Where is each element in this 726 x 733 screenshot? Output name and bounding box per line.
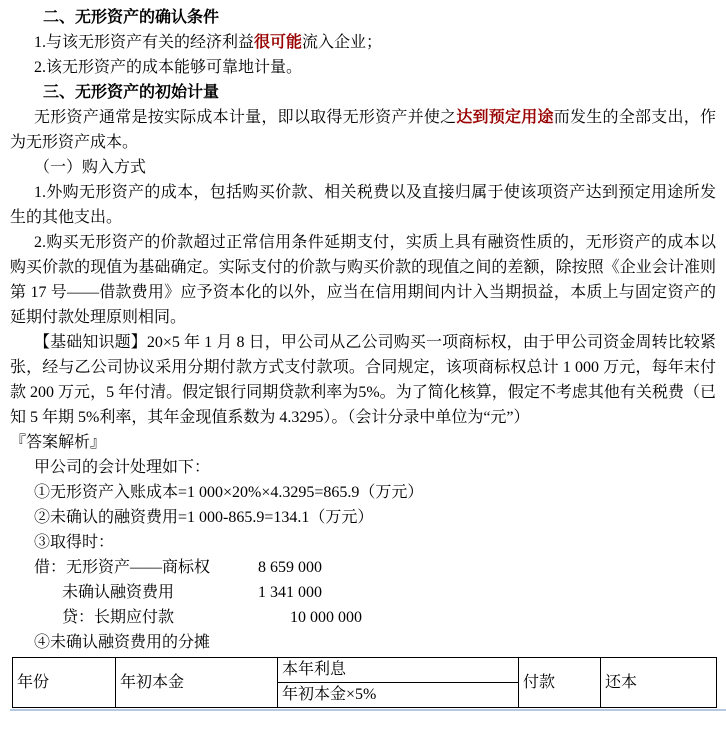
section-heading-initial-measurement: 三、无形资产的初始计量 <box>10 80 716 105</box>
subsection-heading-purchase: （一）购入方式 <box>10 155 716 180</box>
table-header-principal: 年初本金 <box>116 658 278 708</box>
paragraph-step-2: ②未确认的融资费用=1 000-865.9=134.1（万元） <box>10 505 716 530</box>
journal-entry-amount: 1 341 000 <box>258 580 322 605</box>
paragraph-measurement-intro: 无形资产通常是按实际成本计量，即以取得无形资产并使之达到预定用途而发生的全部支出… <box>10 105 716 155</box>
text-run: 1.与该无形资产有关的经济利益 <box>34 34 254 51</box>
journal-entry-debit-trademark: 借：无形资产——商标权8 659 000 <box>10 555 716 580</box>
bottom-rule <box>10 709 726 711</box>
table-header-repayment: 还本 <box>601 658 717 708</box>
answer-analysis-label: 『答案解析』 <box>10 430 716 455</box>
journal-entry-debit-unrecognized: 未确认融资费用1 341 000 <box>10 580 716 605</box>
journal-entry-label: 未确认融资费用 <box>62 584 174 601</box>
paragraph-step-1: ①无形资产入账成本=1 000×20%×4.3295=865.9（万元） <box>10 480 716 505</box>
section-heading-recognition: 二、无形资产的确认条件 <box>10 5 716 30</box>
journal-entry-amount: 8 659 000 <box>258 555 322 580</box>
document-body: 二、无形资产的确认条件 1.与该无形资产有关的经济利益很可能流入企业； 2.该无… <box>0 0 726 711</box>
paragraph-condition-2: 2.该无形资产的成本能够可靠地计量。 <box>10 55 716 80</box>
paragraph-step-3: ③取得时： <box>10 530 716 555</box>
table-header-interest: 本年利息 <box>278 658 519 683</box>
table-header-payment: 付款 <box>519 658 601 708</box>
table-header-interest-formula: 年初本金×5% <box>278 683 519 708</box>
highlight-run: 很可能 <box>254 34 302 51</box>
paragraph-deferred-payment: 2.购买无形资产的价款超过正常信用条件延期支付，实质上具有融资性质的，无形资产的… <box>10 230 716 330</box>
journal-entry-label: 借：无形资产——商标权 <box>34 559 210 576</box>
table-header-row-top: 年份 年初本金 本年利息 付款 还本 <box>13 658 717 683</box>
paragraph-answer-intro: 甲公司的会计处理如下： <box>10 455 716 480</box>
journal-entry-label: 贷：长期应付款 <box>62 609 174 626</box>
paragraph-condition-1: 1.与该无形资产有关的经济利益很可能流入企业； <box>10 30 716 55</box>
paragraph-step-4: ④未确认融资费用的分摊 <box>10 630 716 655</box>
text-run: 无形资产通常是按实际成本计量，即以取得无形资产并使之 <box>34 109 456 126</box>
paragraph-purchase-cost: 1.外购无形资产的成本，包括购买价款、相关税费以及直接归属于使该项资产达到预定用… <box>10 180 716 230</box>
journal-entry-amount: 10 000 000 <box>290 605 362 630</box>
amortization-table: 年份 年初本金 本年利息 付款 还本 年初本金×5% <box>12 657 717 708</box>
text-run: 流入企业； <box>302 34 382 51</box>
table-header-year: 年份 <box>13 658 116 708</box>
journal-entry-credit-payable: 贷：长期应付款10 000 000 <box>10 605 716 630</box>
highlight-run: 达到预定用途 <box>456 109 553 126</box>
paragraph-example-question: 【基础知识题】20×5 年 1 月 8 日，甲公司从乙公司购买一项商标权，由于甲… <box>10 330 716 430</box>
